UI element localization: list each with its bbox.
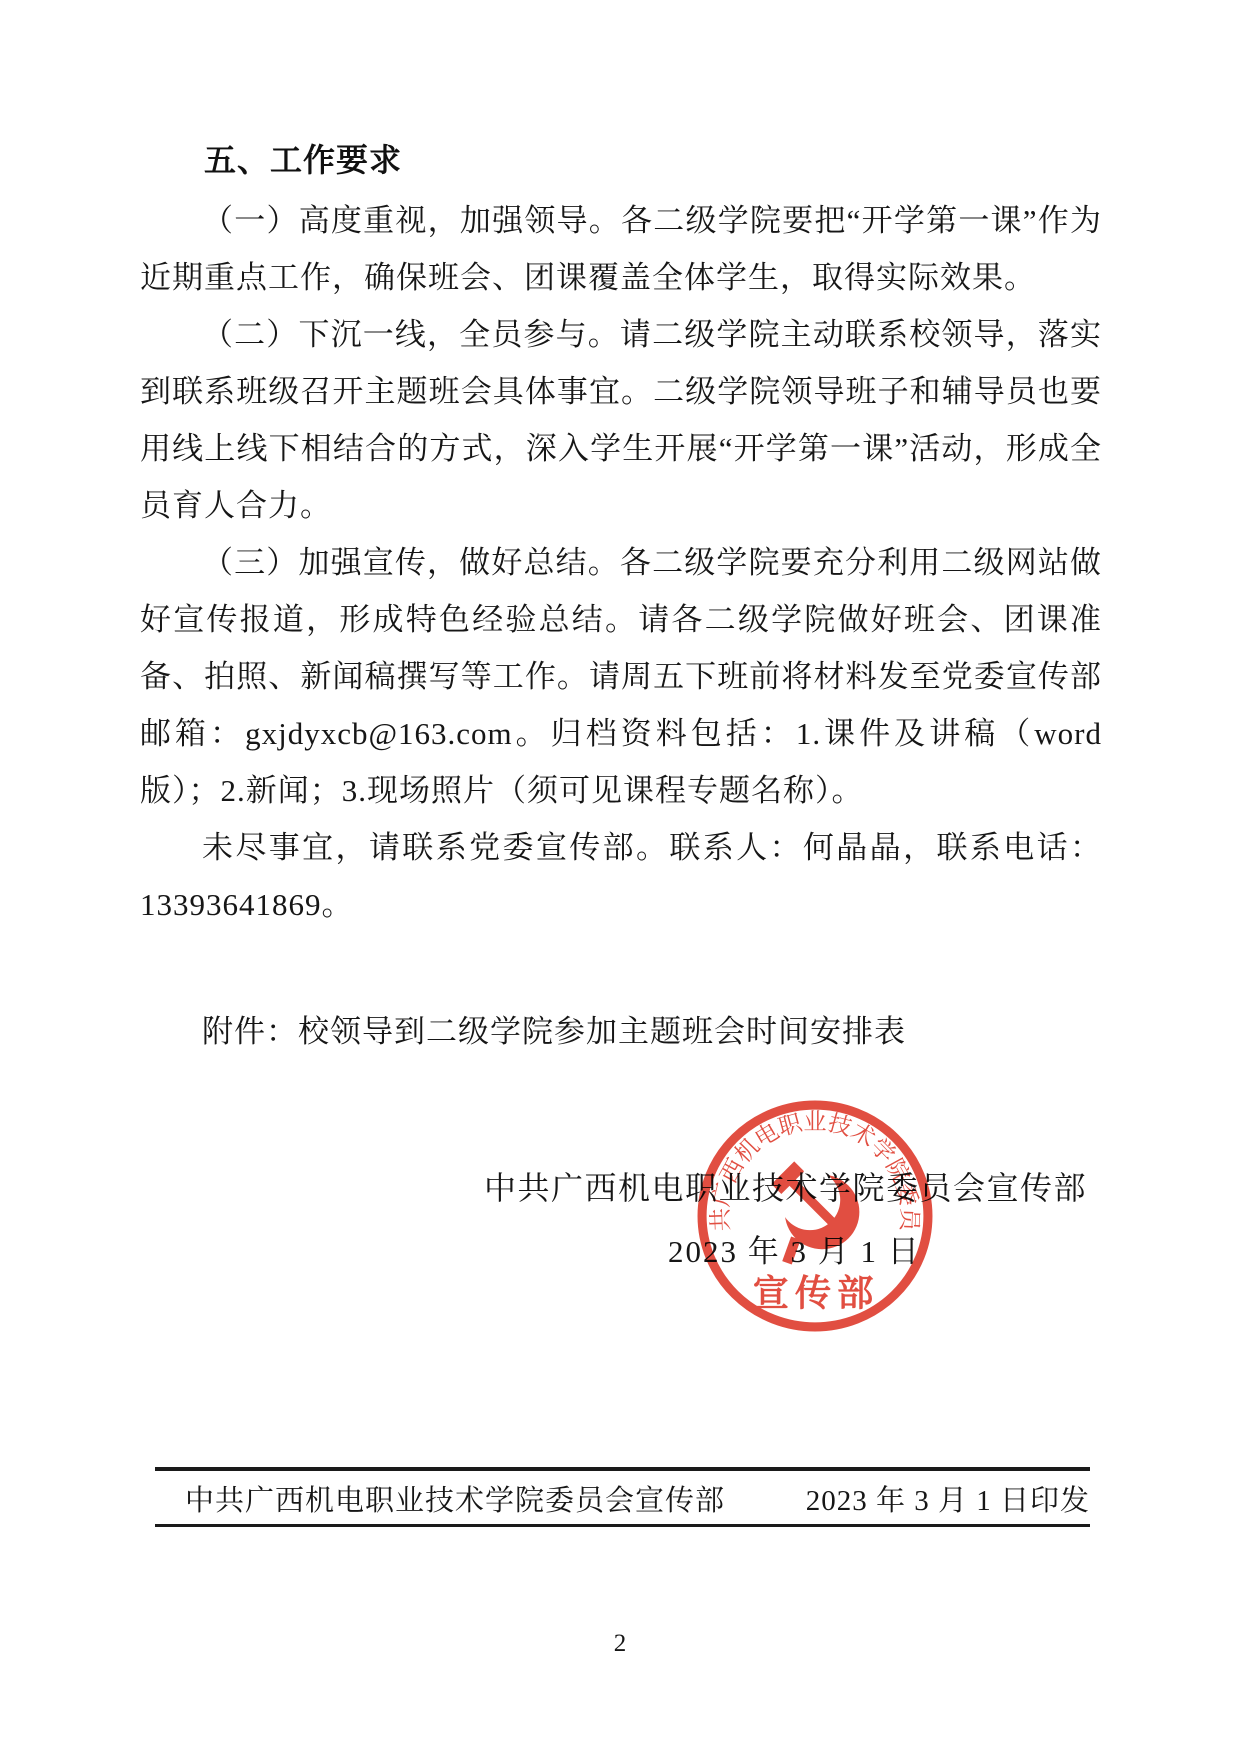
page-number: 2 [0,1630,1240,1658]
footer-rule-top [155,1467,1090,1471]
paragraph-3: （三）加强宣传，做好总结。各二级学院要充分利用二级网站做好宣传报道，形成特色经验… [140,534,1102,819]
party-emblem-icon [771,1161,859,1264]
paragraph-1: （一）高度重视，加强领导。各二级学院要把“开学第一课”作为近期重点工作，确保班会… [140,192,1102,306]
paragraph-4: 未尽事宜，请联系党委宣传部。联系人：何晶晶，联系电话：13393641869。 [140,819,1102,933]
footer-print-date: 2023 年 3 月 1 日印发 [806,1478,1090,1519]
section-heading: 五、工作要求 [140,128,1102,192]
footer-issuer: 中共广西机电职业技术学院委员会宣传部 [185,1478,725,1519]
attachment-line: 附件：校领导到二级学院参加主题班会时间安排表 [140,1003,1102,1060]
footer-rule-bottom [155,1524,1090,1527]
paragraph-2: （二）下沉一线，全员参与。请二级学院主动联系校领导，落实到联系班级召开主题班会具… [140,306,1102,534]
document-page: 五、工作要求 （一）高度重视，加强领导。各二级学院要把“开学第一课”作为近期重点… [0,0,1240,1753]
document-body: 五、工作要求 （一）高度重视，加强领导。各二级学院要把“开学第一课”作为近期重点… [140,128,1102,1060]
seal-bottom-text: 宣传部 [752,1274,879,1314]
official-seal: 中共广西机电职业技术学院委员会 宣传部 [695,1098,935,1334]
footer-row: 中共广西机电职业技术学院委员会宣传部 2023 年 3 月 1 日印发 [185,1478,1090,1519]
